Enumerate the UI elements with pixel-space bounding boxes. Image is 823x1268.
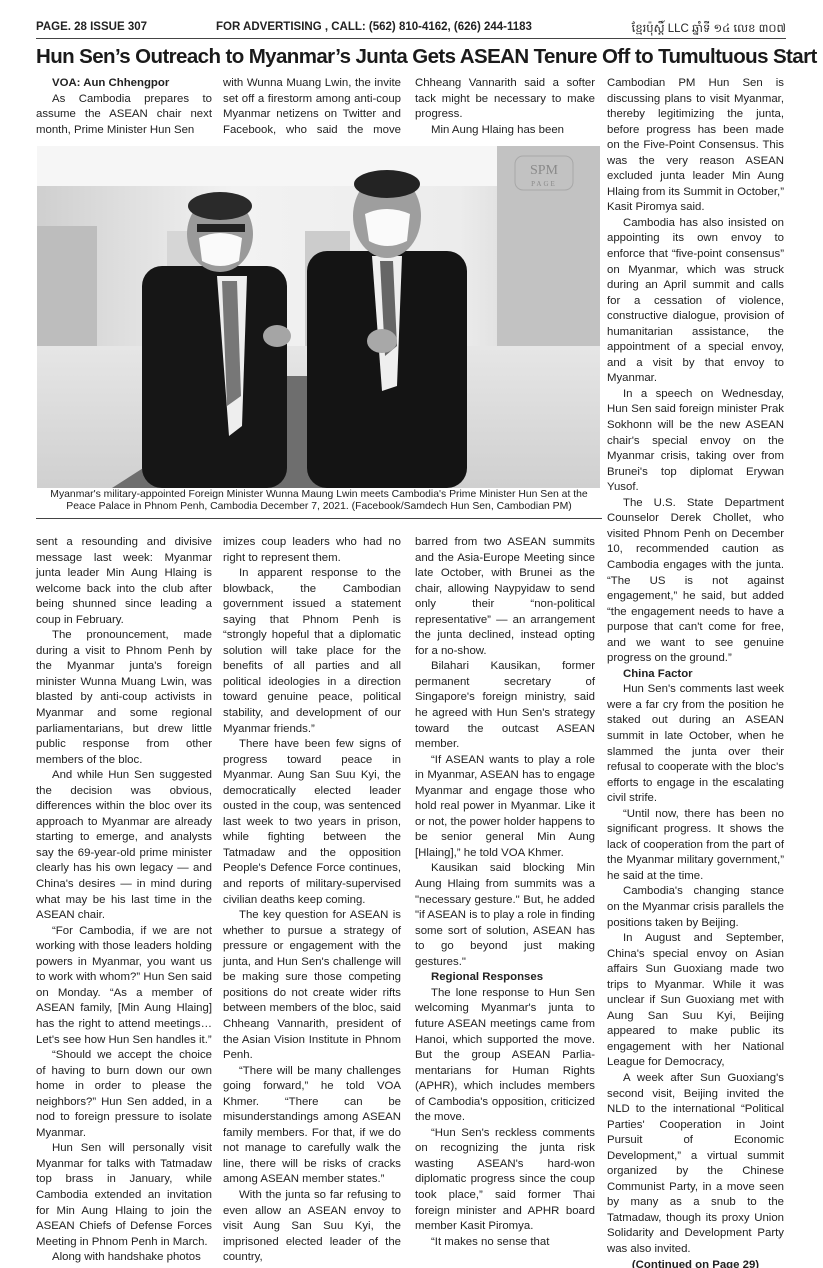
column-2-bottom: imizes coup leaders who had no right to … — [223, 535, 401, 1266]
photo-two-officials-elbow-bump: SPM PAGE — [37, 146, 600, 488]
subheading-china-factor: China Factor — [607, 667, 784, 683]
column-1-top: VOA: Aun Chhengpor As Cambodia prepares … — [36, 76, 212, 140]
advertising-contact: FOR ADVERTISING , CALL: (562) 810-4162, … — [216, 21, 532, 33]
paragraph: A week after Sun Guoxiang's second visit… — [607, 1071, 784, 1258]
paragraph: The key question for ASEAN is whether to… — [223, 908, 401, 1063]
column-4: Cambodian PM Hun Sen is discussing plans… — [607, 76, 784, 1268]
paragraph: “For Cambodia, if we are not working wit… — [36, 924, 212, 1048]
paragraph: Cambodian PM Hun Sen is discussing plans… — [607, 76, 784, 216]
paragraph: In a speech on Wednesday, Hun Sen said f… — [607, 387, 784, 496]
paragraph: There have been few signs of progress to… — [223, 737, 401, 908]
paragraph: Along with handshake photos — [36, 1250, 212, 1266]
paragraph: Hun Sen's comments last week were a far … — [607, 682, 784, 806]
paragraph: In August and September, China's special… — [607, 931, 784, 1071]
paragraph: The pronouncement, made during a visit t… — [36, 628, 212, 768]
paragraph: Min Aung Hlaing has been — [415, 123, 595, 139]
caption-line: Myanmar's military-appointed Foreign Min… — [36, 489, 602, 501]
photo-caption: Myanmar's military-appointed Foreign Min… — [36, 489, 602, 519]
paragraph: Cambodia's changing stance on the Myanma… — [607, 884, 784, 931]
article-headline: Hun Sen’s Outreach to Myanmar’s Junta Ge… — [36, 45, 786, 69]
page-header: PAGE. 28 ISSUE 307 FOR ADVERTISING , CAL… — [36, 18, 786, 39]
paragraph: As Cambodia prepares to assume the ASEAN… — [36, 92, 212, 139]
paragraph: barred from two ASEAN summits and the As… — [415, 535, 595, 659]
paragraph: And while Hun Sen suggested the decision… — [36, 768, 212, 923]
column-3-bottom: barred from two ASEAN summits and the As… — [415, 535, 595, 1250]
paragraph: The lone response to Hun Sen welcoming M… — [415, 986, 595, 1126]
paragraph: with Wunna Muang Lwin, the invite set of… — [223, 76, 401, 140]
continued-on-page-link[interactable]: (Continued on Page 29) — [607, 1258, 784, 1268]
paragraph: Hun Sen will personally visit Myanmar fo… — [36, 1141, 212, 1250]
paragraph: “There will be many challenges going for… — [223, 1064, 401, 1188]
byline: VOA: Aun Chhengpor — [36, 76, 212, 92]
watermark-text: SPM — [530, 163, 559, 178]
paragraph: “Hun Sen's reckless comments on recogniz… — [415, 1126, 595, 1235]
page-issue-number: PAGE. 28 ISSUE 307 — [36, 21, 147, 33]
paragraph: “It makes no sense that — [415, 1235, 595, 1251]
publisher-info: ខ្មែរប៉ុស្តិ៍ LLC ឆ្នាំទី ១៤ លេខ ៣០៧ — [632, 21, 786, 38]
paragraph: “Should we accept the choice of having t… — [36, 1048, 212, 1141]
paragraph: In apparent response to the blowback, th… — [223, 566, 401, 737]
column-3-top: Chheang Vannarith said a softer tack mig… — [415, 76, 595, 140]
paragraph: Bilahari Kausikan, former permanent secr… — [415, 659, 595, 752]
paragraph: imizes coup leaders who had no right to … — [223, 535, 401, 566]
column-1-bottom: sent a resounding and divisive message l… — [36, 535, 212, 1266]
column-2-top: with Wunna Muang Lwin, the invite set of… — [223, 76, 401, 140]
paragraph: The U.S. State Department Counselor Dere… — [607, 496, 784, 667]
caption-line: Peace Palace in Phnom Penh, Cambodia Dec… — [36, 501, 602, 513]
paragraph: Cambodia has also insisted on appointing… — [607, 216, 784, 387]
article-photo: SPM PAGE — [37, 146, 600, 488]
watermark-subtext: PAGE — [531, 180, 557, 188]
paragraph: With the junta so far refusing to even a… — [223, 1188, 401, 1266]
paragraph: “If ASEAN wants to play a role in Myanma… — [415, 753, 595, 862]
paragraph: Kausikan said blocking Min Aung Hlaing f… — [415, 861, 595, 970]
subheading-regional-responses: Regional Responses — [415, 970, 595, 986]
paragraph: sent a resounding and divisive message l… — [36, 535, 212, 628]
paragraph: “Until now, there has been no significan… — [607, 807, 784, 885]
paragraph: Chheang Vannarith said a softer tack mig… — [415, 76, 595, 123]
